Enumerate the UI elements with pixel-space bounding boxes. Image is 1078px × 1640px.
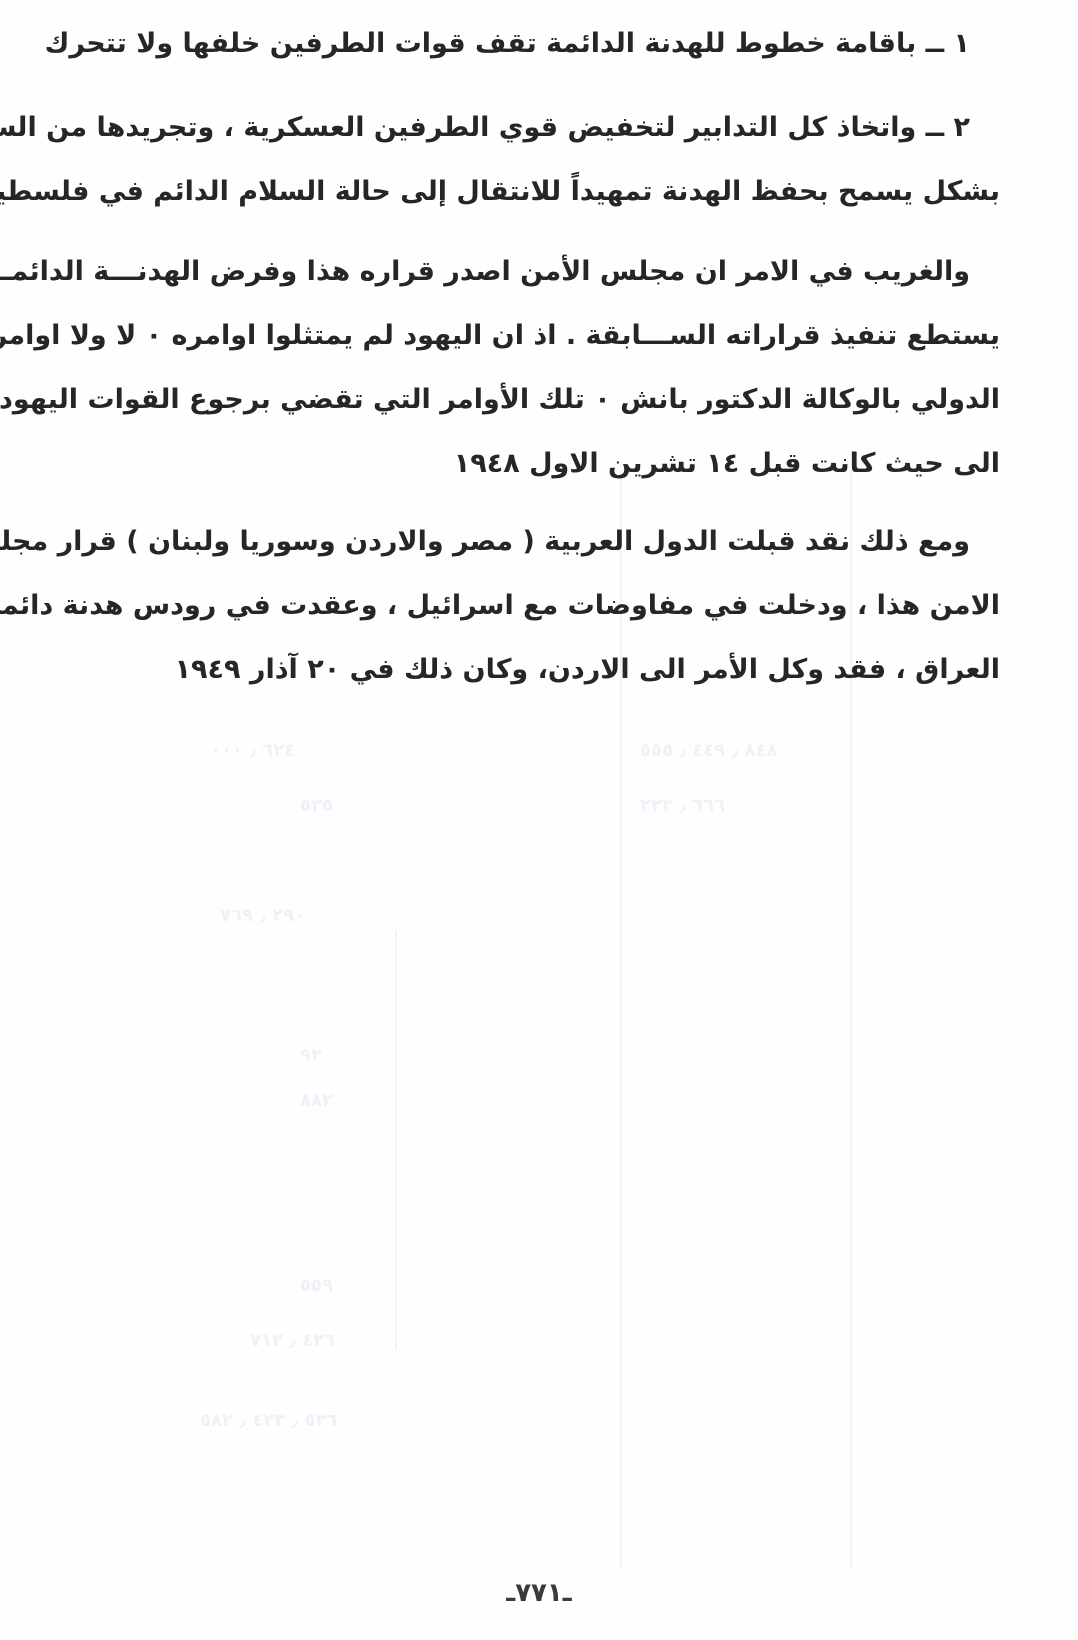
show-through-text: ٦٦٦ ٫ ٢٢٣	[640, 795, 725, 816]
show-through-text: ٩٢	[300, 1045, 322, 1066]
paragraph-1: والغريب في الامر ان مجلس الأمن اصدر قرار…	[80, 240, 1000, 496]
paragraph-line: ومع ذلك نقد قبلت الدول العربية ( مصر وال…	[80, 510, 1000, 574]
show-through-text: ٨٨٢	[300, 1090, 333, 1111]
list-item-line: بشكل يسمح بحفظ الهدنة تمهيداً للانتقال إ…	[80, 160, 1000, 224]
paragraph-line: يستطع تنفيذ قراراته الســـابقة . اذ ان ا…	[80, 304, 1000, 368]
show-through-text: ٥٣٥	[300, 795, 333, 816]
show-through-text: ٥٥٩	[300, 1275, 333, 1296]
scanned-page: ٦٢٤ ٫ ٠٠٠ ٨٤٨ ٫ ٤٤٩ ٫ ٥٥٥ ٥٣٥ ٦٦٦ ٫ ٢٢٣ …	[0, 0, 1078, 1640]
paragraph-line: الى حيث كانت قبل ١٤ تشرين الاول ١٩٤٨	[80, 432, 1000, 496]
show-through-text: ٦٢٤ ٫ ٠٠٠	[210, 740, 295, 761]
show-through-rule	[395, 930, 397, 1350]
paragraph-line: والغريب في الامر ان مجلس الأمن اصدر قرار…	[80, 240, 1000, 304]
list-item-line: ٢ ــ واتخاذ كل التدابير لتخفيض قوي الطرف…	[80, 96, 1000, 160]
paragraph-line: العراق ، فقد وكل الأمر الى الاردن، وكان …	[80, 638, 1000, 702]
show-through-text: ٥٢٦ ٫ ٤٢٣ ٫ ٥٨٢	[200, 1410, 338, 1431]
show-through-text: ٨٤٨ ٫ ٤٤٩ ٫ ٥٥٥	[640, 740, 778, 761]
paragraph-line: الدولي بالوكالة الدكتور بانش ٠ تلك الأوا…	[80, 368, 1000, 432]
list-item-2: ٢ ــ واتخاذ كل التدابير لتخفيض قوي الطرف…	[80, 96, 1000, 224]
list-item-1: ١ ــ باقامة خطوط للهدنة الدائمة تقف قوات…	[80, 12, 1000, 76]
paragraph-line: الامن هذا ، ودخلت في مفاوضات مع اسرائيل …	[80, 574, 1000, 638]
show-through-text: ٢٩٠ ٫ ٧٦٩	[220, 905, 305, 926]
show-through-text: ٤٢٦ ٫ ٧١٢	[250, 1330, 335, 1351]
paragraph-2: ومع ذلك نقد قبلت الدول العربية ( مصر وال…	[80, 510, 1000, 702]
page-number: ـ٧٧١ـ	[0, 1578, 1078, 1608]
list-item-line: ١ ــ باقامة خطوط للهدنة الدائمة تقف قوات…	[80, 12, 1000, 76]
